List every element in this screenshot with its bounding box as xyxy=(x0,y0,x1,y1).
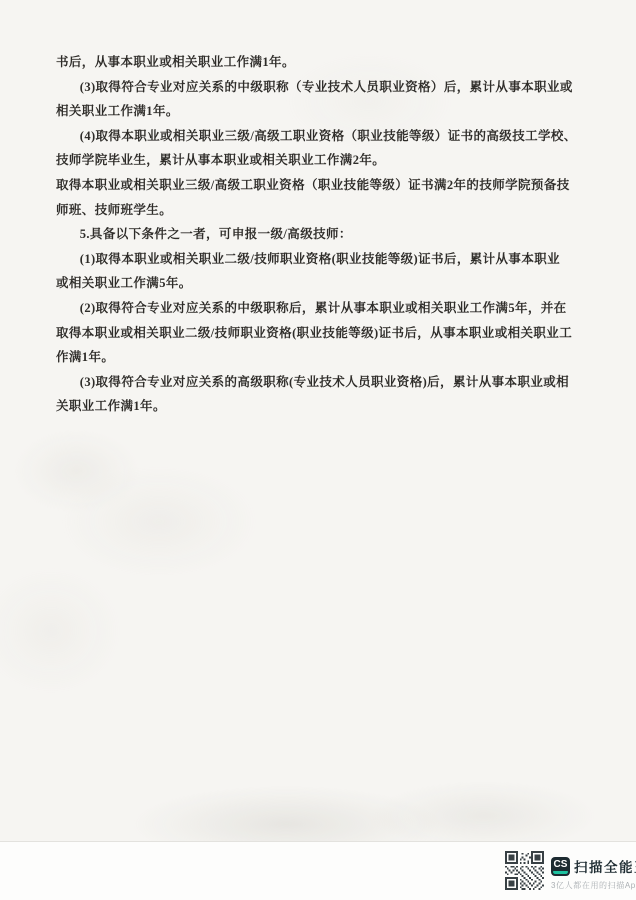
text-line: 相关职业工作满1年。 xyxy=(56,99,596,124)
app-name: 扫描全能王 xyxy=(574,856,636,876)
text-line: (4)取得本职业或相关职业三级/高级工职业资格（职业技能等级）证书的高级技工学校… xyxy=(56,124,596,149)
app-tagline: 3亿人都在用的扫描App xyxy=(551,880,636,891)
text-line: 关职业工作满1年。 xyxy=(56,394,596,419)
text-line: (3)取得符合专业对应关系的高级职称(专业技术人员职业资格)后，累计从事本职业或… xyxy=(56,370,596,395)
text-line: 5.具备以下条件之一者，可申报一级/高级技师： xyxy=(56,222,596,247)
camscanner-brand: CS 扫描全能王 3亿人都在用的扫描App xyxy=(551,851,636,891)
text-line: (2)取得符合专业对应关系的中级职称后，累计从事本职业或相关职业工作满5年，并在 xyxy=(56,296,596,321)
scanned-document-page: 书后，从事本职业或相关职业工作满1年。(3)取得符合专业对应关系的中级职称（专业… xyxy=(0,0,636,842)
text-line: (3)取得符合专业对应关系的中级职称（专业技术人员职业资格）后，累计从事本职业或 xyxy=(56,75,596,100)
text-line: 师班、技师班学生。 xyxy=(56,198,596,223)
camscanner-watermark: CS 扫描全能王 3亿人都在用的扫描App xyxy=(505,851,636,891)
camscanner-logo-icon: CS xyxy=(551,857,570,876)
text-line: 技师学院毕业生，累计从事本职业或相关职业工作满2年。 xyxy=(56,148,596,173)
text-line: 作满1年。 xyxy=(56,345,596,370)
text-line: 书后，从事本职业或相关职业工作满1年。 xyxy=(56,50,596,75)
text-line: 或相关职业工作满5年。 xyxy=(56,271,596,296)
text-line: 取得本职业或相关职业二级/技师职业资格(职业技能等级)证书后，从事本职业或相关职… xyxy=(56,321,596,346)
document-text: 书后，从事本职业或相关职业工作满1年。(3)取得符合专业对应关系的中级职称（专业… xyxy=(56,50,596,419)
qr-code-icon xyxy=(505,851,544,890)
text-line: 取得本职业或相关职业三级/高级工职业资格（职业技能等级）证书满2年的技师学院预备… xyxy=(56,173,596,198)
camscanner-logo-text: CS xyxy=(554,860,568,870)
text-line: (1)取得本职业或相关职业二级/技师职业资格(职业技能等级)证书后，累计从事本职… xyxy=(56,247,596,272)
